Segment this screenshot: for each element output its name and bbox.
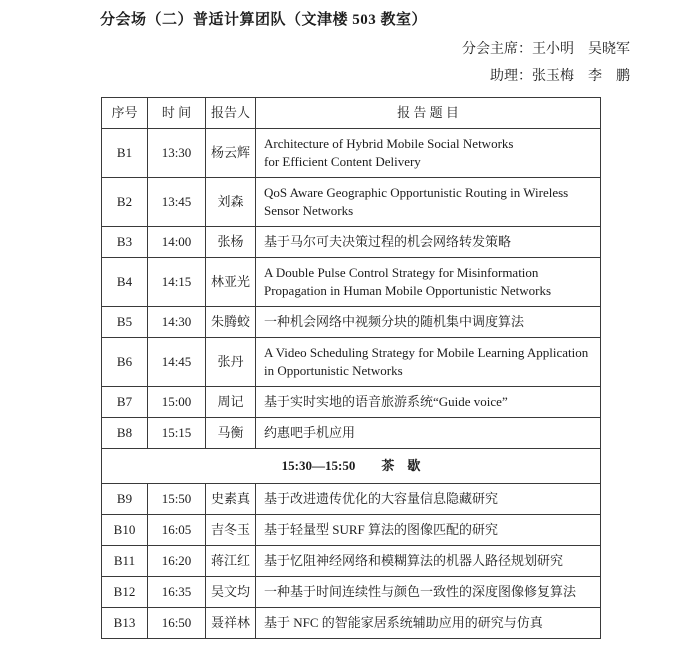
speaker-cell: 朱腾蛟 — [206, 307, 256, 338]
session-id-cell: B5 — [102, 307, 148, 338]
col-header-title: 报 告 题 目 — [256, 98, 601, 129]
table-row: B8 15:15 马衡 约惠吧手机应用 — [102, 418, 601, 449]
table-row: B6 14:45 张丹 A Video Scheduling Strategy … — [102, 338, 601, 387]
speaker-cell: 蒋江红 — [206, 546, 256, 577]
time-cell: 16:20 — [148, 546, 206, 577]
table-row: B11 16:20 蒋江红 基于忆阻神经网络和模糊算法的机器人路径规划研究 — [102, 546, 601, 577]
talk-title-cell: A Double Pulse Control Strategy for Misi… — [256, 258, 601, 307]
talk-title-cell: QoS Aware Geographic Opportunistic Routi… — [256, 178, 601, 227]
session-id-cell: B4 — [102, 258, 148, 307]
session-id-cell: B8 — [102, 418, 148, 449]
time-cell: 16:05 — [148, 515, 206, 546]
session-id-cell: B9 — [102, 484, 148, 515]
speaker-cell: 马衡 — [206, 418, 256, 449]
session-id-cell: B3 — [102, 227, 148, 258]
time-cell: 16:50 — [148, 608, 206, 639]
session-chairs: 分会主席：王小明 吴晓军 — [462, 38, 630, 58]
talk-title-cell: 基于忆阻神经网络和模糊算法的机器人路径规划研究 — [256, 546, 601, 577]
time-cell: 15:00 — [148, 387, 206, 418]
table-row: B13 16:50 聂祥林 基于 NFC 的智能家居系统辅助应用的研究与仿真 — [102, 608, 601, 639]
session-id-cell: B1 — [102, 129, 148, 178]
speaker-cell: 林亚光 — [206, 258, 256, 307]
time-cell: 15:15 — [148, 418, 206, 449]
table-row: B10 16:05 吉冬玉 基于轻量型 SURF 算法的图像匹配的研究 — [102, 515, 601, 546]
speaker-cell: 杨云辉 — [206, 129, 256, 178]
table-row: B3 14:00 张杨 基于马尔可夫决策过程的机会网络转发策略 — [102, 227, 601, 258]
col-header-id: 序号 — [102, 98, 148, 129]
speaker-cell: 吴文均 — [206, 577, 256, 608]
speaker-cell: 周记 — [206, 387, 256, 418]
talk-title-cell: 一种机会网络中视频分块的随机集中调度算法 — [256, 307, 601, 338]
time-cell: 14:30 — [148, 307, 206, 338]
time-cell: 13:30 — [148, 129, 206, 178]
time-cell: 13:45 — [148, 178, 206, 227]
talk-title-cell: 基于马尔可夫决策过程的机会网络转发策略 — [256, 227, 601, 258]
speaker-cell: 史素真 — [206, 484, 256, 515]
table-row: B7 15:00 周记 基于实时实地的语音旅游系统“Guide voice” — [102, 387, 601, 418]
time-cell: 14:45 — [148, 338, 206, 387]
talk-title-cell: 基于轻量型 SURF 算法的图像匹配的研究 — [256, 515, 601, 546]
session-id-cell: B13 — [102, 608, 148, 639]
document-page: 分会场（二）普适计算团队（文津楼 503 教室） 分会主席：王小明 吴晓军 助理… — [0, 0, 680, 653]
schedule-table: 序号 时 间 报告人 报 告 题 目 B1 13:30 杨云辉 Architec… — [101, 97, 601, 639]
tea-break-cell: 15:30—15:50 茶 歇 — [102, 449, 601, 484]
session-id-cell: B2 — [102, 178, 148, 227]
table-row: B9 15:50 史素真 基于改进遗传优化的大容量信息隐藏研究 — [102, 484, 601, 515]
speaker-cell: 张丹 — [206, 338, 256, 387]
tea-break-row: 15:30—15:50 茶 歇 — [102, 449, 601, 484]
table-row: B1 13:30 杨云辉 Architecture of Hybrid Mobi… — [102, 129, 601, 178]
talk-title-cell: 基于实时实地的语音旅游系统“Guide voice” — [256, 387, 601, 418]
time-cell: 14:00 — [148, 227, 206, 258]
session-id-cell: B7 — [102, 387, 148, 418]
session-id-cell: B6 — [102, 338, 148, 387]
session-title: 分会场（二）普适计算团队（文津楼 503 教室） — [100, 8, 427, 29]
table-row: B5 14:30 朱腾蛟 一种机会网络中视频分块的随机集中调度算法 — [102, 307, 601, 338]
table-row: B2 13:45 刘森 QoS Aware Geographic Opportu… — [102, 178, 601, 227]
speaker-cell: 聂祥林 — [206, 608, 256, 639]
talk-title-cell: 约惠吧手机应用 — [256, 418, 601, 449]
header-row: 序号 时 间 报告人 报 告 题 目 — [102, 98, 601, 129]
talk-title-cell: 基于改进遗传优化的大容量信息隐藏研究 — [256, 484, 601, 515]
time-cell: 15:50 — [148, 484, 206, 515]
speaker-cell: 张杨 — [206, 227, 256, 258]
session-id-cell: B12 — [102, 577, 148, 608]
col-header-time: 时 间 — [148, 98, 206, 129]
time-cell: 14:15 — [148, 258, 206, 307]
talk-title-cell: 基于 NFC 的智能家居系统辅助应用的研究与仿真 — [256, 608, 601, 639]
session-id-cell: B10 — [102, 515, 148, 546]
time-cell: 16:35 — [148, 577, 206, 608]
session-id-cell: B11 — [102, 546, 148, 577]
col-header-speaker: 报告人 — [206, 98, 256, 129]
session-assistants: 助理：张玉梅 李 鹏 — [490, 65, 630, 85]
speaker-cell: 吉冬玉 — [206, 515, 256, 546]
speaker-cell: 刘森 — [206, 178, 256, 227]
table-row: B12 16:35 吴文均 一种基于时间连续性与颜色一致性的深度图像修复算法 — [102, 577, 601, 608]
table-row: B4 14:15 林亚光 A Double Pulse Control Stra… — [102, 258, 601, 307]
talk-title-cell: 一种基于时间连续性与颜色一致性的深度图像修复算法 — [256, 577, 601, 608]
talk-title-cell: Architecture of Hybrid Mobile Social Net… — [256, 129, 601, 178]
talk-title-cell: A Video Scheduling Strategy for Mobile L… — [256, 338, 601, 387]
